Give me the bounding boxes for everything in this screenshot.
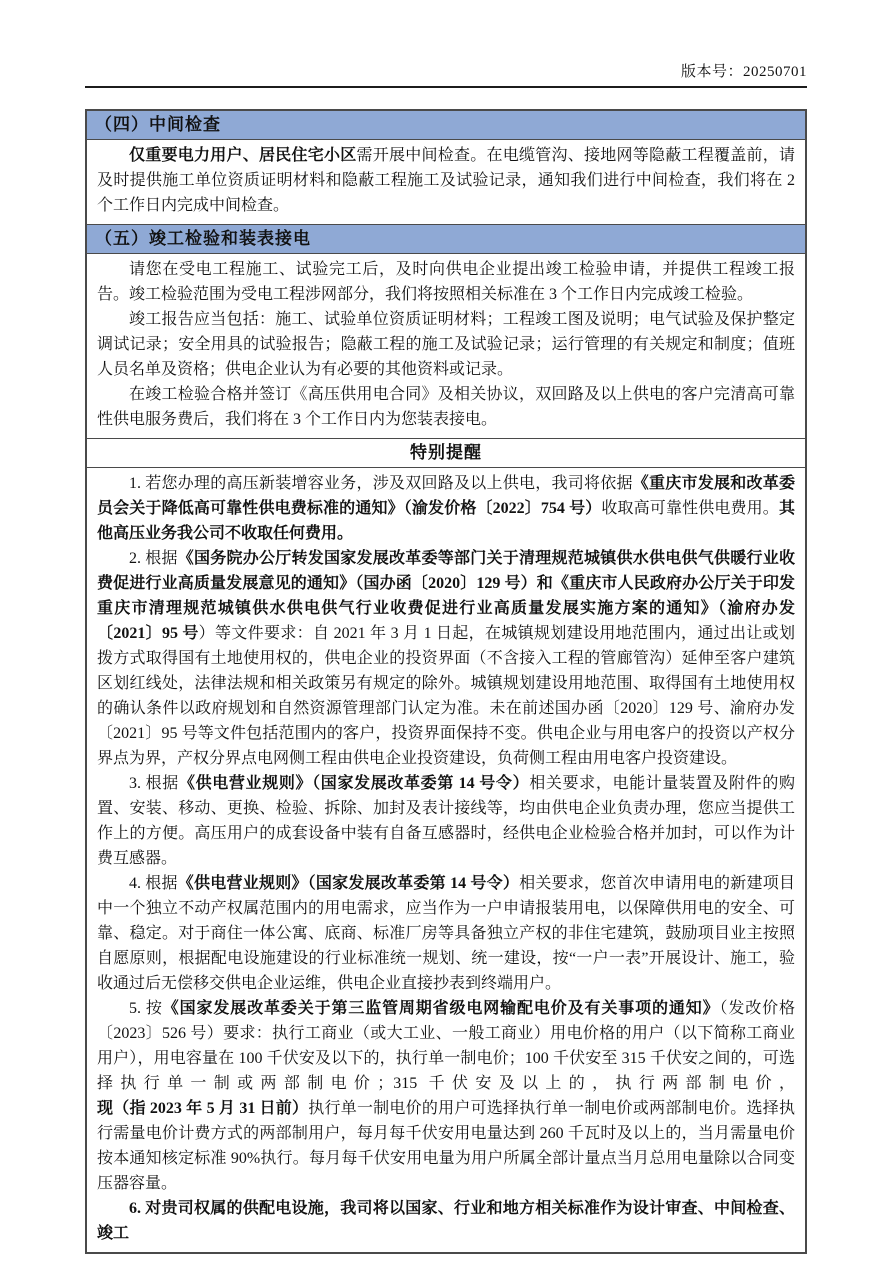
document-table: （四）中间检查 仅重要电力用户、居民住宅小区需开展中间检查。在电缆管沟、接地网等… [85, 109, 807, 1254]
paragraph: 竣工报告应当包括：施工、试验单位资质证明材料；工程竣工图及说明；电气试验及保护整… [97, 307, 795, 382]
paragraph: 1. 若您办理的高压新装增容业务，涉及双回路及以上供电，我司将依据《重庆市发展和… [97, 471, 795, 546]
section-body-completion-inspection: 请您在受电工程施工、试验完工后，及时向供电企业提出竣工检验申请，并提供工程竣工报… [87, 253, 805, 438]
section-body-intermediate-inspection: 仅重要电力用户、居民住宅小区需开展中间检查。在电缆管沟、接地网等隐蔽工程覆盖前，… [87, 139, 805, 224]
paragraph: 3. 根据《供电营业规则》（国家发展改革委第 14 号令）相关要求，电能计量装置… [97, 771, 795, 871]
paragraph: 在竣工检验合格并签订《高压供用电合同》及相关协议，双回路及以上供电的客户完清高可… [97, 382, 795, 432]
special-reminder-header: 特别提醒 [87, 438, 805, 467]
header-rule [85, 86, 807, 88]
version-label: 版本号：20250701 [681, 60, 807, 81]
paragraph: 2. 根据《国务院办公厅转发国家发展改革委等部门关于清理规范城镇供水供电供气供暖… [97, 546, 795, 771]
section-header-intermediate-inspection: （四）中间检查 [87, 111, 805, 139]
paragraph: 6. 对贵司权属的供配电设施，我司将以国家、行业和地方相关标准作为设计审查、中间… [97, 1196, 795, 1246]
paragraph: 5. 按《国家发展改革委关于第三监管周期省级电网输配电价及有关事项的通知》（发改… [97, 996, 795, 1196]
paragraph: 4. 根据《供电营业规则》（国家发展改革委第 14 号令）相关要求，您首次申请用… [97, 871, 795, 996]
paragraph: 仅重要电力用户、居民住宅小区需开展中间检查。在电缆管沟、接地网等隐蔽工程覆盖前，… [97, 143, 795, 218]
special-reminder-body: 1. 若您办理的高压新装增容业务，涉及双回路及以上供电，我司将依据《重庆市发展和… [87, 467, 805, 1252]
section-header-completion-inspection: （五）竣工检验和装表接电 [87, 224, 805, 253]
paragraph: 请您在受电工程施工、试验完工后，及时向供电企业提出竣工检验申请，并提供工程竣工报… [97, 257, 795, 307]
